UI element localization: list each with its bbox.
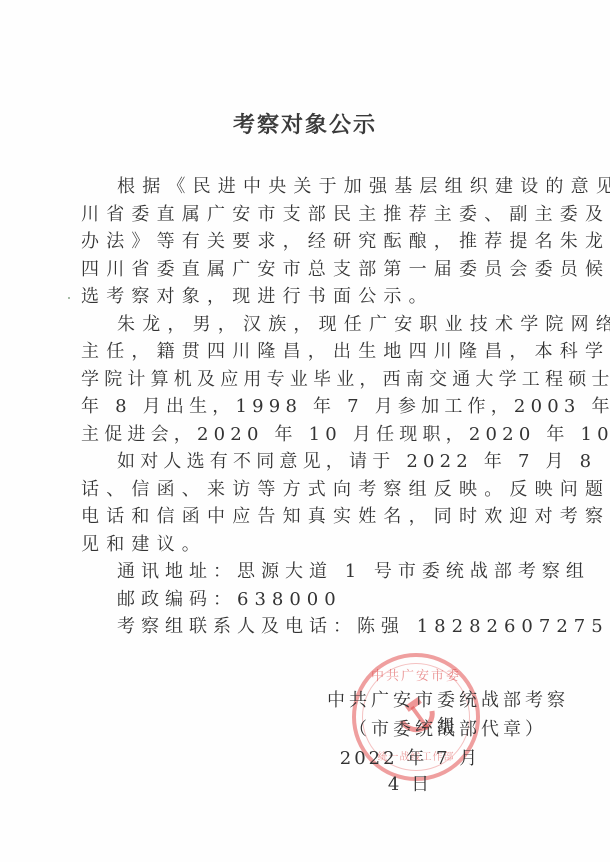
paragraph-line: 办法》等有关要求，经研究酝酿，推荐提名朱龙同志作为民进 (81, 228, 536, 256)
paragraph-line: 年 8 月出生，1998 年 7 月参加工作，2003 年 8 月加入中国民 (81, 393, 536, 421)
paragraph-line: 如对人选有不同意见，请于 2022 年 7 月 8 日之前，以电 (81, 448, 536, 476)
paragraph-line: 主促进会，2020 年 10 月任现职，2020 年 10 月任现级。 (81, 421, 536, 449)
contact-info: 通讯地址：思源大道 1 号市委统战部考察组 邮政编码：638000 考察组联系人… (81, 558, 536, 641)
signature-date: 2022 年 7 月 4 日 (330, 744, 490, 796)
paragraph-line: 见和建议。 (81, 531, 536, 559)
paragraph-line: 学院计算机及应用专业毕业，西南交通大学工程硕士，1975 (81, 366, 536, 394)
paragraph-line: 话、信函、来访等方式向考察组反映。反映问题要实事求是， (81, 476, 536, 504)
signature-seal-note: （市委统战部代章） (318, 715, 578, 741)
paragraph-candidate-profile: 朱龙，男，汉族，现任广安职业技术学院网络与信息中心 主任，籍贯四川隆昌，出生地四… (81, 311, 536, 449)
document-body: 根据《民进中央关于加强基层组织建设的意见》《民进四 川省委直属广安市支部民主推荐… (81, 173, 536, 641)
paragraph-line: 朱龙，男，汉族，现任广安职业技术学院网络与信息中心 (81, 311, 536, 339)
paragraph-line: 选考察对象，现进行书面公示。 (81, 283, 536, 311)
document-page: 考察对象公示 根据《民进中央关于加强基层组织建设的意见》《民进四 川省委直属广安… (0, 0, 610, 862)
contact-person: 考察组联系人及电话：陈强 18282607275 (81, 613, 536, 641)
paragraph-line: 根据《民进中央关于加强基层组织建设的意见》《民进四 (81, 173, 536, 201)
contact-address: 通讯地址：思源大道 1 号市委统战部考察组 (81, 558, 536, 586)
paragraph-line: 四川省委直属广安市总支部第一届委员会委员候选人建议人 (81, 256, 536, 284)
scan-speck (68, 297, 70, 299)
paragraph-line: 电话和信函中应告知真实姓名，同时欢迎对考察组工作提出意 (81, 503, 536, 531)
paragraph-line: 川省委直属广安市支部民主推荐主委、副主委及委员建议人选 (81, 201, 536, 229)
paragraph-line: 主任，籍贯四川隆昌，出生地四川隆昌，本科学历，西安矿业 (81, 338, 536, 366)
seal-top-text: 中共广安市委 (356, 665, 476, 684)
paragraph-feedback: 如对人选有不同意见，请于 2022 年 7 月 8 日之前，以电 话、信函、来访… (81, 448, 536, 558)
paragraph-basis: 根据《民进中央关于加强基层组织建设的意见》《民进四 川省委直属广安市支部民主推荐… (81, 173, 536, 311)
document-title: 考察对象公示 (0, 108, 610, 139)
contact-postcode: 邮政编码：638000 (81, 586, 536, 614)
